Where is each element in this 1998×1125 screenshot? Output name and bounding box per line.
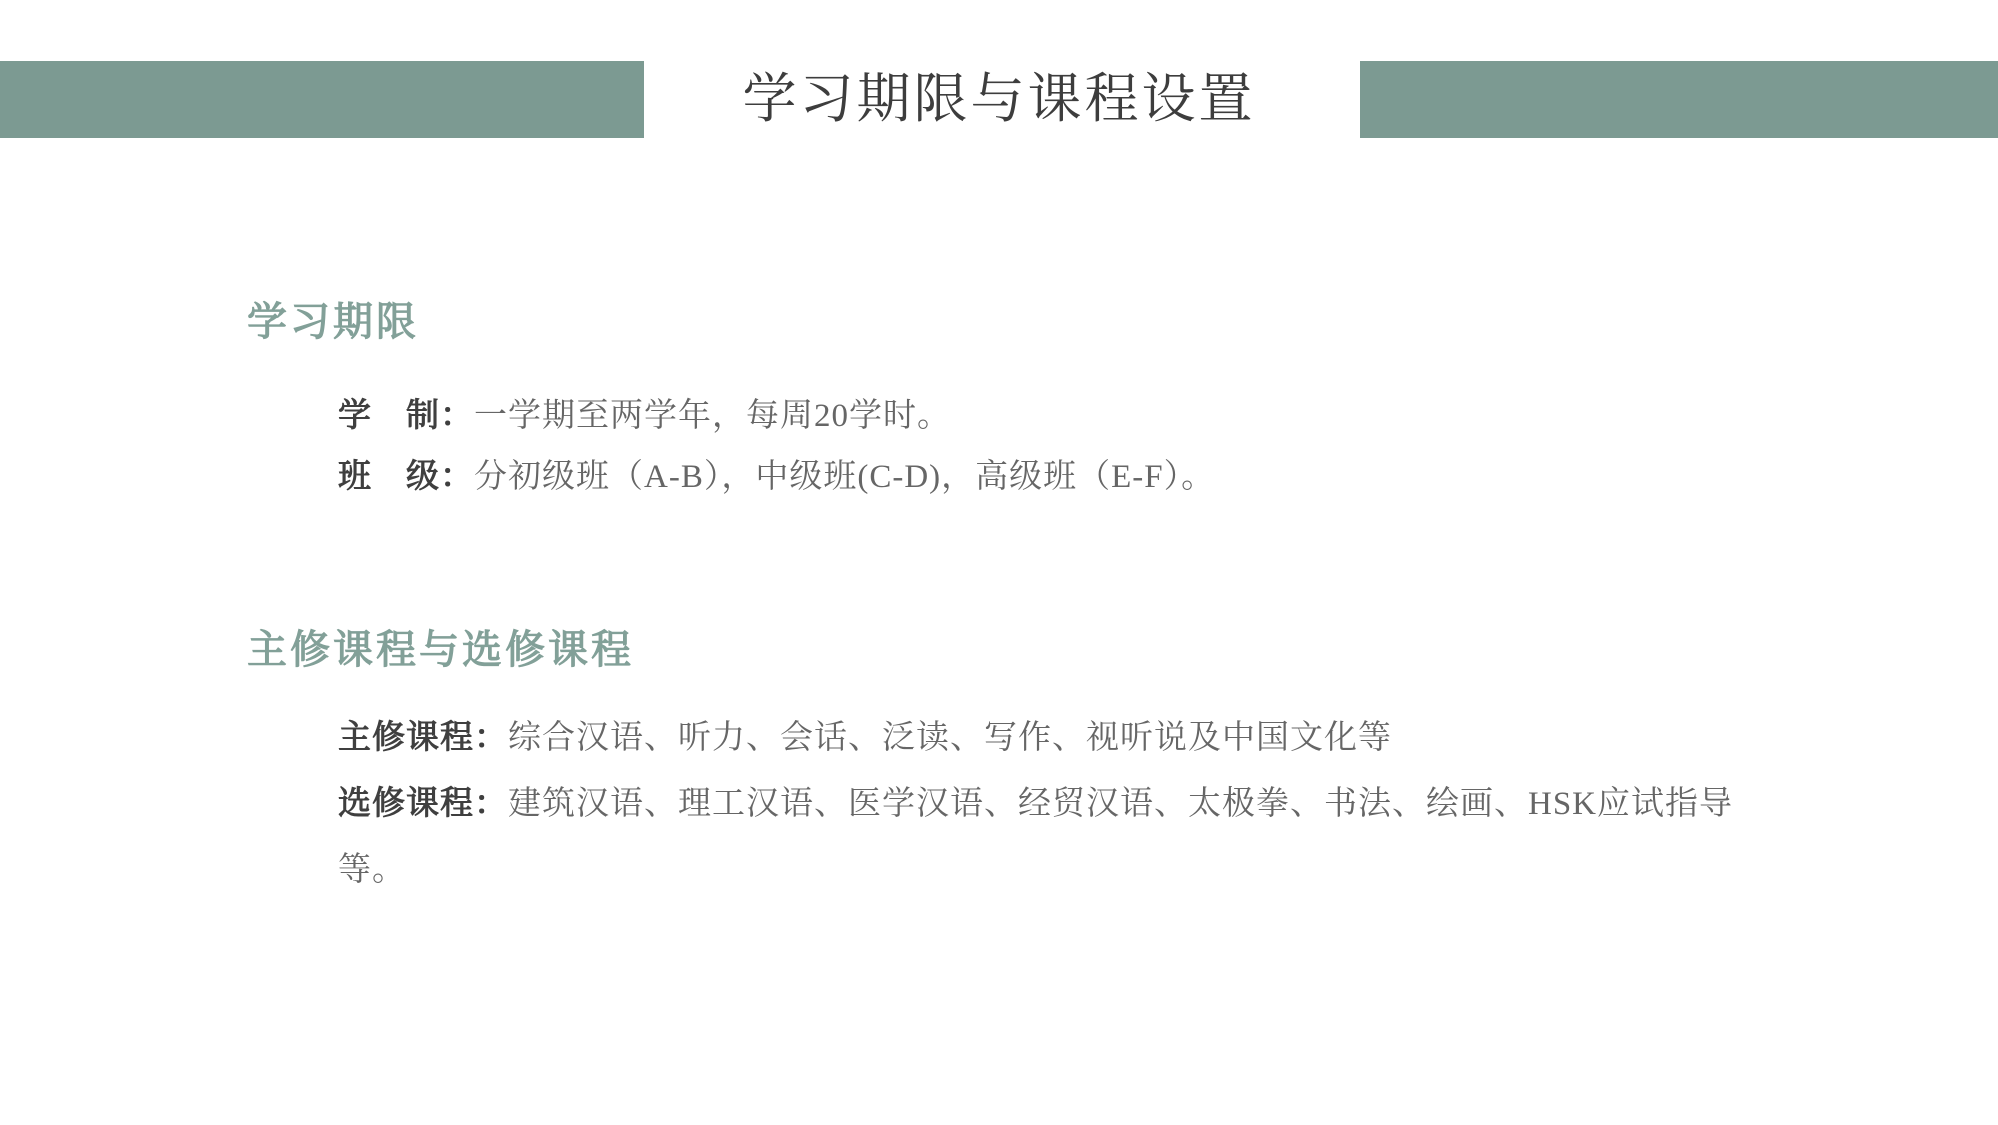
elective-courses-text: 建筑汉语、理工汉语、医学汉语、经贸汉语、太极拳、书法、绘画、HSK应试指导 <box>508 786 1733 822</box>
elective-courses-row: 选修课程：建筑汉语、理工汉语、医学汉语、经贸汉语、太极拳、书法、绘画、HSK应试… <box>338 785 1733 823</box>
elective-courses-label: 选修课程： <box>338 786 508 822</box>
study-system-text: 一学期至两学年，每周20学时。 <box>474 398 951 434</box>
study-system-label: 学 制： <box>338 398 474 434</box>
presentation-slide: 学习期限与课程设置 学习期限 学 制：一学期至两学年，每周20学时。 班 级：分… <box>0 0 1998 1125</box>
section-heading-courses: 主修课程与选修课程 <box>247 626 634 674</box>
major-courses-row: 主修课程：综合汉语、听力、会话、泛读、写作、视听说及中国文化等 <box>338 719 1392 757</box>
major-courses-text: 综合汉语、听力、会话、泛读、写作、视听说及中国文化等 <box>508 720 1392 756</box>
study-system-row: 学 制：一学期至两学年，每周20学时。 <box>338 397 951 435</box>
class-level-text: 分初级班（A-B），中级班(C-D)，高级班（E-F）。 <box>474 459 1215 495</box>
section-heading-study-duration: 学习期限 <box>247 298 419 346</box>
elective-courses-continuation-row: 等。 <box>338 851 406 889</box>
elective-courses-continuation-text: 等。 <box>338 852 406 888</box>
class-level-label: 班 级： <box>338 459 474 495</box>
major-courses-label: 主修课程： <box>338 720 508 756</box>
slide-title: 学习期限与课程设置 <box>0 61 1998 138</box>
class-level-row: 班 级：分初级班（A-B），中级班(C-D)，高级班（E-F）。 <box>338 458 1215 496</box>
